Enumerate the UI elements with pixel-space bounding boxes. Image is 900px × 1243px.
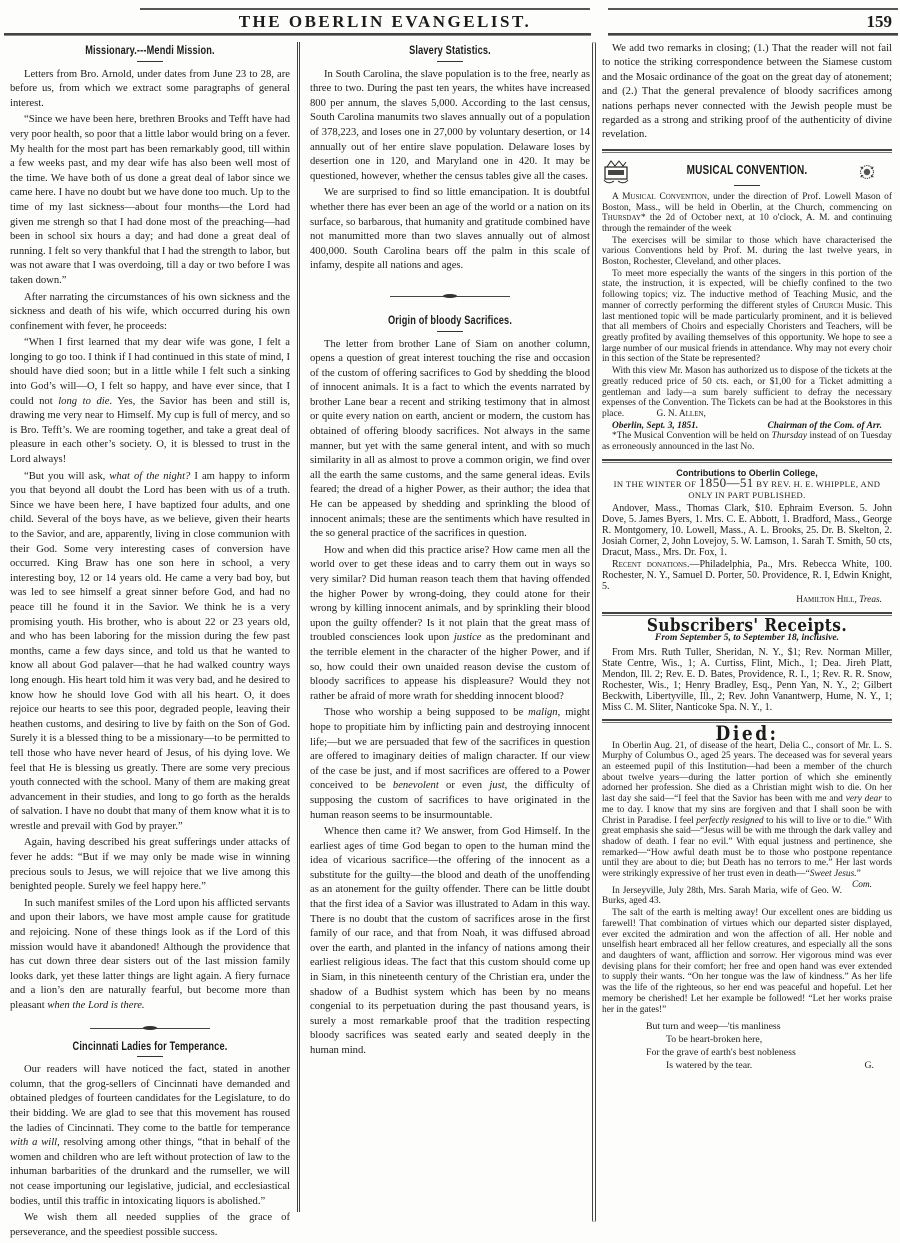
paragraph: The letter from brother Lane of Siam on … bbox=[310, 338, 590, 542]
paragraph: Letters from Bro. Arnold, under dates fr… bbox=[10, 68, 290, 112]
poem-line: To be heart-broken here, bbox=[602, 1033, 892, 1046]
musical-convention-header: MUSICAL CONVENTION. bbox=[602, 158, 892, 188]
small-caps-text: Thursday bbox=[602, 213, 641, 223]
article-heading: Cincinnati Ladies for Temperance. bbox=[38, 1040, 262, 1055]
small-caps-text: Church bbox=[812, 301, 843, 311]
contributions-subtitle: IN THE WINTER OF 1850—51 BY REV. H. E. W… bbox=[602, 478, 892, 490]
treasurer-title: Treas. bbox=[859, 595, 882, 605]
newspaper-title: THE OBERLIN EVANGELIST. bbox=[175, 12, 595, 32]
emphasis: perfectly resigned bbox=[696, 816, 763, 826]
signature: G. bbox=[864, 1059, 892, 1072]
paragraph: A Musical Convention, under the directio… bbox=[602, 192, 892, 235]
article-mendi-mission: Missionary.---Mendi Mission. Letters fro… bbox=[10, 44, 290, 1014]
paragraph-closing-remarks: We add two remarks in closing; (1.) That… bbox=[602, 42, 892, 143]
double-rule bbox=[602, 149, 892, 153]
heading-rule bbox=[137, 61, 163, 62]
article-heading: Origin of bloody Sacrifices. bbox=[338, 314, 562, 329]
paragraph: Whence then came it? We answer, from God… bbox=[310, 825, 590, 1059]
paragraph: How and when did this practice arise? Ho… bbox=[310, 544, 590, 705]
heading-rule bbox=[137, 1056, 163, 1057]
signature-line: Oberlin, Sept. 3, 1851. Chairman of the … bbox=[602, 421, 892, 432]
place-date: Oberlin, Sept. 3, 1851. bbox=[612, 421, 698, 432]
paragraph: We are surprised to find so little emanc… bbox=[310, 186, 590, 274]
column-3: We add two remarks in closing; (1.) That… bbox=[602, 42, 892, 1072]
notice-died: Died: In Oberlin Aug. 21, of disease of … bbox=[602, 728, 892, 1072]
paragraph: “When I first learned that my dear wife … bbox=[10, 336, 290, 467]
signature: Com. bbox=[842, 880, 892, 891]
notice-heading: MUSICAL CONVENTION. bbox=[631, 158, 863, 176]
signer-title: Chairman of the Com. of Arr. bbox=[767, 421, 882, 432]
paragraph: Those who worship a being supposed to be… bbox=[310, 706, 590, 823]
column-divider-1 bbox=[297, 42, 300, 1212]
column-2: Slavery Statistics. In South Carolina, t… bbox=[310, 42, 590, 1061]
year-range: 1850—51 bbox=[699, 475, 754, 490]
small-caps-text: Musical Convention bbox=[622, 192, 707, 202]
text: How and when did this practice arise? Ho… bbox=[310, 545, 590, 644]
paragraph: After narrating the circumstances of his… bbox=[10, 291, 290, 335]
masthead-rule-right bbox=[608, 8, 898, 10]
text: * the 2d of October next, at 10 o'clock,… bbox=[602, 213, 892, 234]
column-1: Missionary.---Mendi Mission. Letters fro… bbox=[10, 42, 290, 1242]
text: *The Musical Convention will be held on bbox=[612, 431, 772, 441]
text: In such manifest smiles of the Lord upon… bbox=[10, 898, 290, 1011]
column-divider-2 bbox=[592, 42, 596, 1222]
poem-line: For the grave of earth's best nobleness bbox=[602, 1046, 892, 1059]
paragraph: With this view Mr. Mason has authorized … bbox=[602, 366, 892, 420]
ornamental-divider bbox=[390, 296, 510, 298]
masthead-rule bbox=[140, 8, 590, 10]
poem: But turn and weep—'tis manliness To be h… bbox=[602, 1020, 892, 1072]
paragraph: We wish them all needed supplies of the … bbox=[10, 1211, 290, 1240]
poem-line: Is watered by the tear.G. bbox=[602, 1059, 892, 1072]
notice-subscribers-receipts: Subscribers' Receipts. From September 5,… bbox=[602, 621, 892, 713]
heading-rule bbox=[437, 61, 463, 62]
emphasis: benevolent bbox=[393, 780, 439, 791]
article-slavery-statistics: Slavery Statistics. In South Carolina, t… bbox=[310, 44, 590, 274]
paragraph: Our readers will have noticed the fact, … bbox=[10, 1063, 290, 1209]
notice-contributions: Contributions to Oberlin College, IN THE… bbox=[602, 468, 892, 606]
emphasis: what of the night? bbox=[109, 471, 190, 482]
article-bloody-sacrifices: Origin of bloody Sacrifices. The letter … bbox=[310, 314, 590, 1059]
text: Is watered by the tear. bbox=[666, 1060, 752, 1071]
text: I am happy to inform you that beyond all… bbox=[10, 471, 290, 832]
ornamental-divider bbox=[90, 1028, 210, 1030]
paragraph: “Since we have been here, brethren Brook… bbox=[10, 113, 290, 288]
double-rule bbox=[602, 459, 892, 463]
paragraph: To meet more especially the wants of the… bbox=[602, 269, 892, 365]
receipts-heading: Subscribers' Receipts. bbox=[624, 621, 871, 632]
died-heading: Died: bbox=[624, 728, 871, 739]
emphasis: when the Lord is there. bbox=[47, 1000, 144, 1011]
emphasis: with a will bbox=[10, 1137, 57, 1148]
article-cincinnati-temperance: Cincinnati Ladies for Temperance. Our re… bbox=[10, 1040, 290, 1241]
article-heading: Missionary.---Mendi Mission. bbox=[38, 44, 262, 59]
wreath-ornament-icon bbox=[858, 158, 886, 186]
paragraph: The exercises will be similar to those w… bbox=[602, 236, 892, 268]
paragraph: “But you will ask, what of the night? I … bbox=[10, 470, 290, 835]
treasurer-name: Hamilton Hill, bbox=[796, 595, 857, 605]
masthead: THE OBERLIN EVANGELIST. 159 bbox=[0, 0, 900, 40]
obituary-paragraph: The salt of the earth is melting away! O… bbox=[602, 908, 892, 1015]
text: A bbox=[612, 192, 622, 202]
poem-line: But turn and weep—'tis manliness bbox=[602, 1020, 892, 1033]
text: Our readers will have noticed the fact, … bbox=[10, 1064, 290, 1133]
masthead-double-rule bbox=[4, 33, 591, 36]
obituary-paragraph: In Oberlin Aug. 21, of disease of the he… bbox=[602, 741, 892, 880]
signer-name: G. N. Allen, bbox=[626, 409, 705, 419]
emphasis: Sweet Jesus. bbox=[810, 869, 857, 879]
paragraph: From Mrs. Ruth Tuller, Sheridan, N. Y., … bbox=[602, 647, 892, 713]
text: IN THE WINTER OF bbox=[614, 479, 699, 489]
article-heading: Slavery Statistics. bbox=[338, 44, 562, 59]
emphasis: Thursday bbox=[772, 431, 807, 441]
paragraph: Again, having described his great suffer… bbox=[10, 836, 290, 894]
masthead-double-rule-right bbox=[608, 33, 898, 36]
contributions-subtitle-2: ONLY IN PART PUBLISHED. bbox=[602, 490, 892, 501]
paragraph: Recent donations.—Philadelphia, Pa., Mrs… bbox=[602, 559, 892, 592]
text: ” bbox=[857, 869, 861, 879]
text: BY REV. H. E. WHIPPLE, AND bbox=[754, 479, 881, 489]
treasurer-signature: Hamilton Hill, Treas. bbox=[602, 595, 892, 606]
emphasis: just bbox=[489, 780, 504, 791]
footnote: *The Musical Convention will be held on … bbox=[602, 431, 892, 452]
paragraph: In such manifest smiles of the Lord upon… bbox=[10, 897, 290, 1014]
text: or even bbox=[439, 780, 490, 791]
emphasis: very dear bbox=[846, 794, 882, 804]
harp-ornament-icon bbox=[602, 158, 630, 186]
emphasis: malign bbox=[528, 707, 557, 718]
emphasis: long to die bbox=[58, 396, 109, 407]
heading-rule bbox=[437, 331, 463, 332]
text: “But you will ask, bbox=[24, 471, 109, 482]
page-number: 159 bbox=[867, 12, 893, 32]
notice-musical-convention: MUSICAL CONVENTION. A Musical Convention… bbox=[602, 158, 892, 453]
small-caps-text: Recent donations. bbox=[612, 559, 689, 570]
text: , might hope to propitiate him by inflic… bbox=[310, 707, 590, 791]
text: Those who worship a being supposed to be bbox=[324, 707, 528, 718]
emphasis: justice bbox=[454, 632, 482, 643]
paragraph: In South Carolina, the slave population … bbox=[310, 68, 590, 185]
paragraph: Andover, Mass., Thomas Clark, $10. Ephra… bbox=[602, 503, 892, 558]
